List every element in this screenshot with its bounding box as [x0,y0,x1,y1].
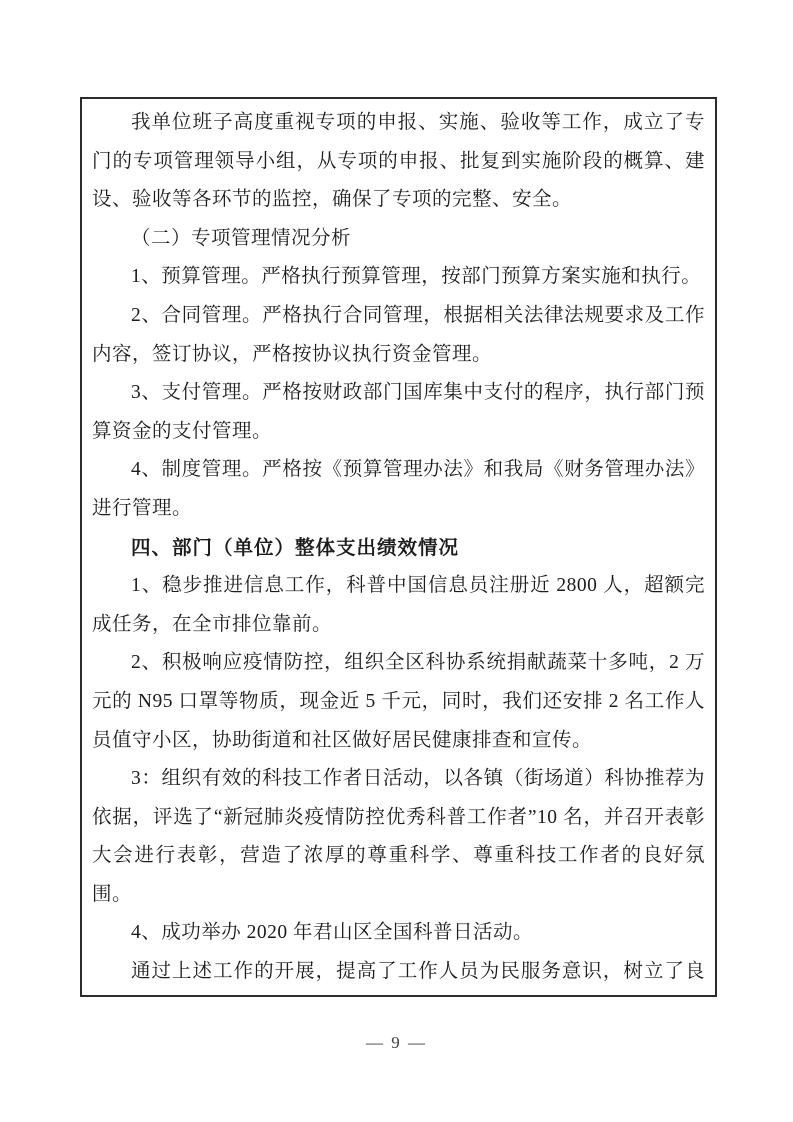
paragraph-special-project-management: 我单位班子高度重视专项的申报、实施、验收等工作，成立了专门的专项管理领导小组，从… [92,104,705,220]
paragraph-system-management: 4、制度管理。严格按《预算管理办法》和我局《财务管理办法》进行管理。 [92,451,705,528]
paragraph-sci-tech-workers-day: 3：组织有效的科技工作者日活动，以各镇（街场道）科协推荐为依据，评选了“新冠肺炎… [92,760,705,914]
paragraph-payment-management: 3、支付管理。严格按财政部门国库集中支付的程序，执行部门预算资金的支付管理。 [92,374,705,451]
section-4-heading: 四、部门（单位）整体支出绩效情况 [92,529,705,568]
document-page: 我单位班子高度重视专项的申报、实施、验收等工作，成立了专门的专项管理领导小组，从… [0,0,793,1122]
page-number: — 9 — [0,1033,793,1053]
paragraph-information-work: 1、稳步推进信息工作，科普中国信息员注册近 2800 人，超额完成任务，在全市排… [92,567,705,644]
content-border-box: 我单位班子高度重视专项的申报、实施、验收等工作，成立了专门的专项管理领导小组，从… [80,97,717,997]
paragraph-summary: 通过上述工作的开展，提高了工作人员为民服务意识，树立了良好的、廉洁的、高效的政府… [92,953,705,997]
paragraph-contract-management: 2、合同管理。严格执行合同管理，根据相关法律法规要求及工作内容，签订协议，严格按… [92,297,705,374]
paragraph-section-2-analysis-heading: （二）专项管理情况分析 [92,220,705,259]
paragraph-science-popularization-day: 4、成功举办 2020 年君山区全国科普日活动。 [92,914,705,953]
paragraph-budget-management: 1、预算管理。严格执行预算管理，按部门预算方案实施和执行。 [92,258,705,297]
paragraph-epidemic-response: 2、积极响应疫情防控，组织全区科协系统捐献蔬菜十多吨，2 万元的 N95 口罩等… [92,644,705,760]
